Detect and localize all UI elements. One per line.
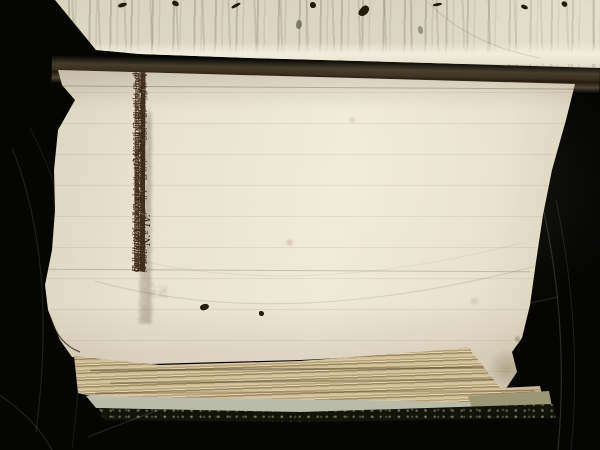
ink-stroke	[433, 2, 442, 7]
foxing-stain	[468, 296, 481, 306]
ink-stroke	[561, 0, 569, 8]
ink-blot	[259, 311, 264, 316]
ink-stroke	[310, 2, 316, 8]
foxing-stain	[348, 116, 357, 124]
ink-stroke	[521, 4, 529, 10]
page-edge-seam	[110, 378, 530, 384]
page-number: 266	[38, 288, 58, 332]
handwritten-line: Abbi, ma eziandio a distanza maggiore. —	[135, 101, 151, 272]
page-edge-seam	[95, 390, 535, 394]
watermark-arc	[556, 200, 575, 450]
ink-smudge	[295, 20, 302, 30]
ink-smudge	[417, 26, 423, 35]
ink-stroke	[118, 2, 128, 9]
watermark-arc	[0, 392, 52, 450]
ink-stroke	[171, 0, 179, 7]
page-edge-seam	[90, 366, 520, 371]
manuscript-photo: dalla vista, e dei movimenti maestosi di…	[0, 0, 600, 450]
foxing-stain	[284, 238, 295, 247]
handwritten-text: dalla vista, e dei movimenti maestosi di…	[88, 70, 526, 360]
ink-stroke	[231, 2, 241, 10]
watermark-arc	[12, 148, 43, 432]
ink-blot	[357, 4, 371, 18]
ink-smudge	[514, 334, 521, 344]
